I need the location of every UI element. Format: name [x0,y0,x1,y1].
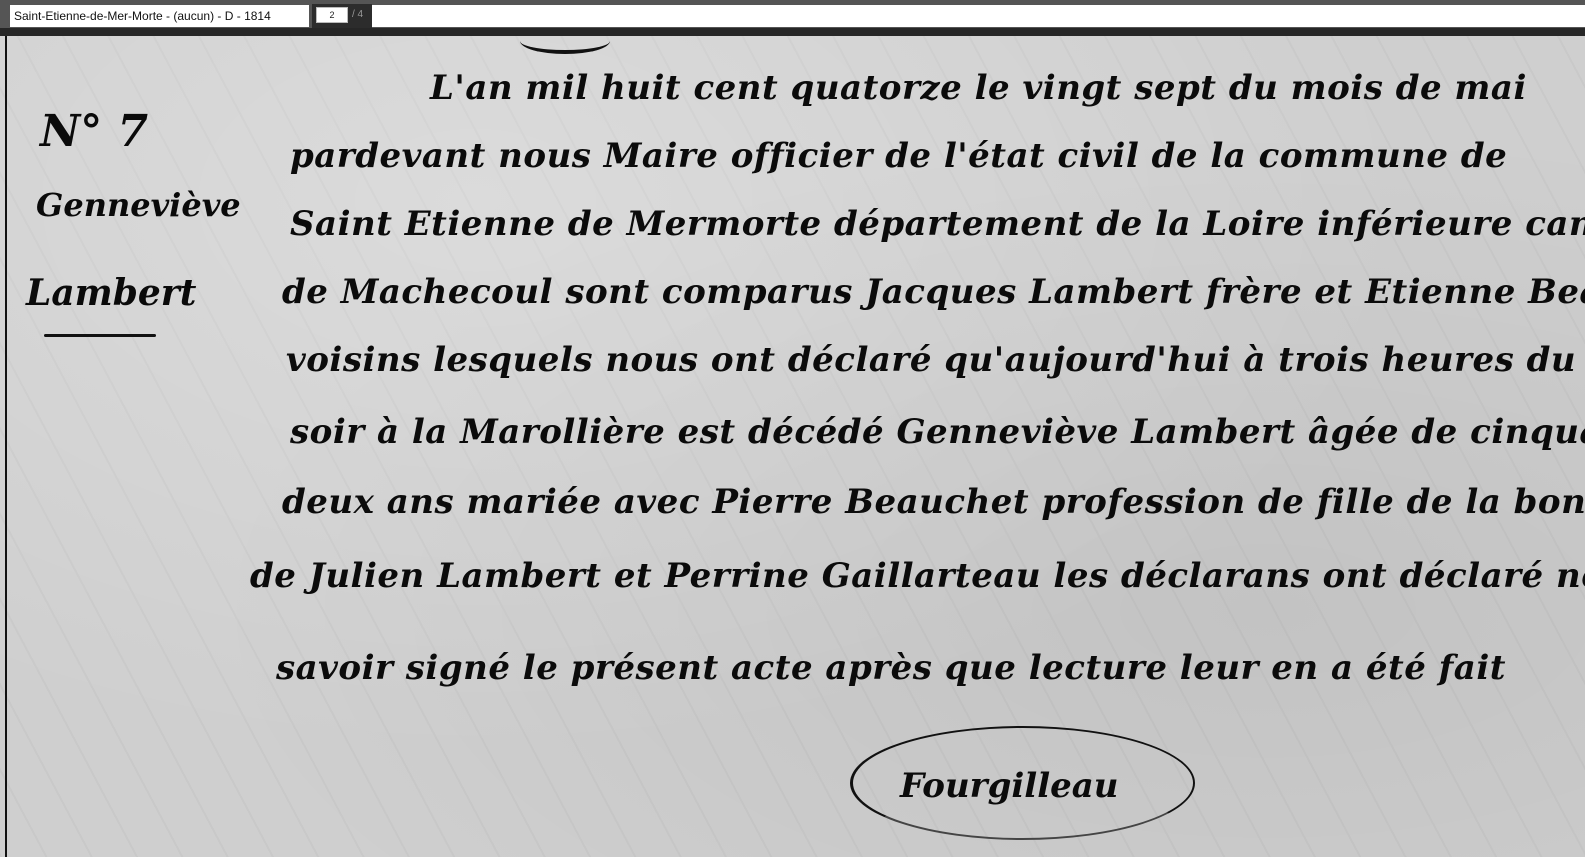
margin-surname: Lambert [26,272,196,314]
toolbar-blank-area [372,5,1585,27]
text-line: Saint Etienne de Mermorte département de… [290,204,1585,244]
margin-underline [44,334,156,337]
document-title-field[interactable]: Saint-Etienne-de-Mer-Morte - (aucun) - D… [10,5,309,27]
signature: Fourgilleau [900,766,1119,806]
text-line: L'an mil huit cent quatorze le vingt sep… [430,68,1527,108]
record-number: N° 7 [40,106,148,157]
text-line: voisins lesquels nous ont déclaré qu'auj… [286,340,1576,380]
ink-stroke [520,36,610,54]
text-line: de Julien Lambert et Perrine Gaillarteau… [250,556,1585,596]
text-line: savoir signé le présent acte après que l… [276,648,1506,688]
page-margin-rule [5,36,7,857]
text-line: deux ans mariée avec Pierre Beauchet pro… [282,482,1585,522]
toolbar-divider [0,28,1585,36]
text-line: soir à la Marollière est décédé Genneviè… [290,412,1585,452]
page-number-input[interactable]: 2 [316,7,348,23]
text-line: pardevant nous Maire officier de l'état … [290,136,1507,176]
viewer-toolbar: Saint-Etienne-de-Mer-Morte - (aucun) - D… [0,0,1585,29]
page-total-label: / 4 [352,7,363,23]
margin-given-name: Genneviève [36,186,241,224]
document-image-viewer[interactable]: N° 7 Genneviève Lambert L'an mil huit ce… [0,36,1585,857]
text-line: de Machecoul sont comparus Jacques Lambe… [282,272,1585,312]
